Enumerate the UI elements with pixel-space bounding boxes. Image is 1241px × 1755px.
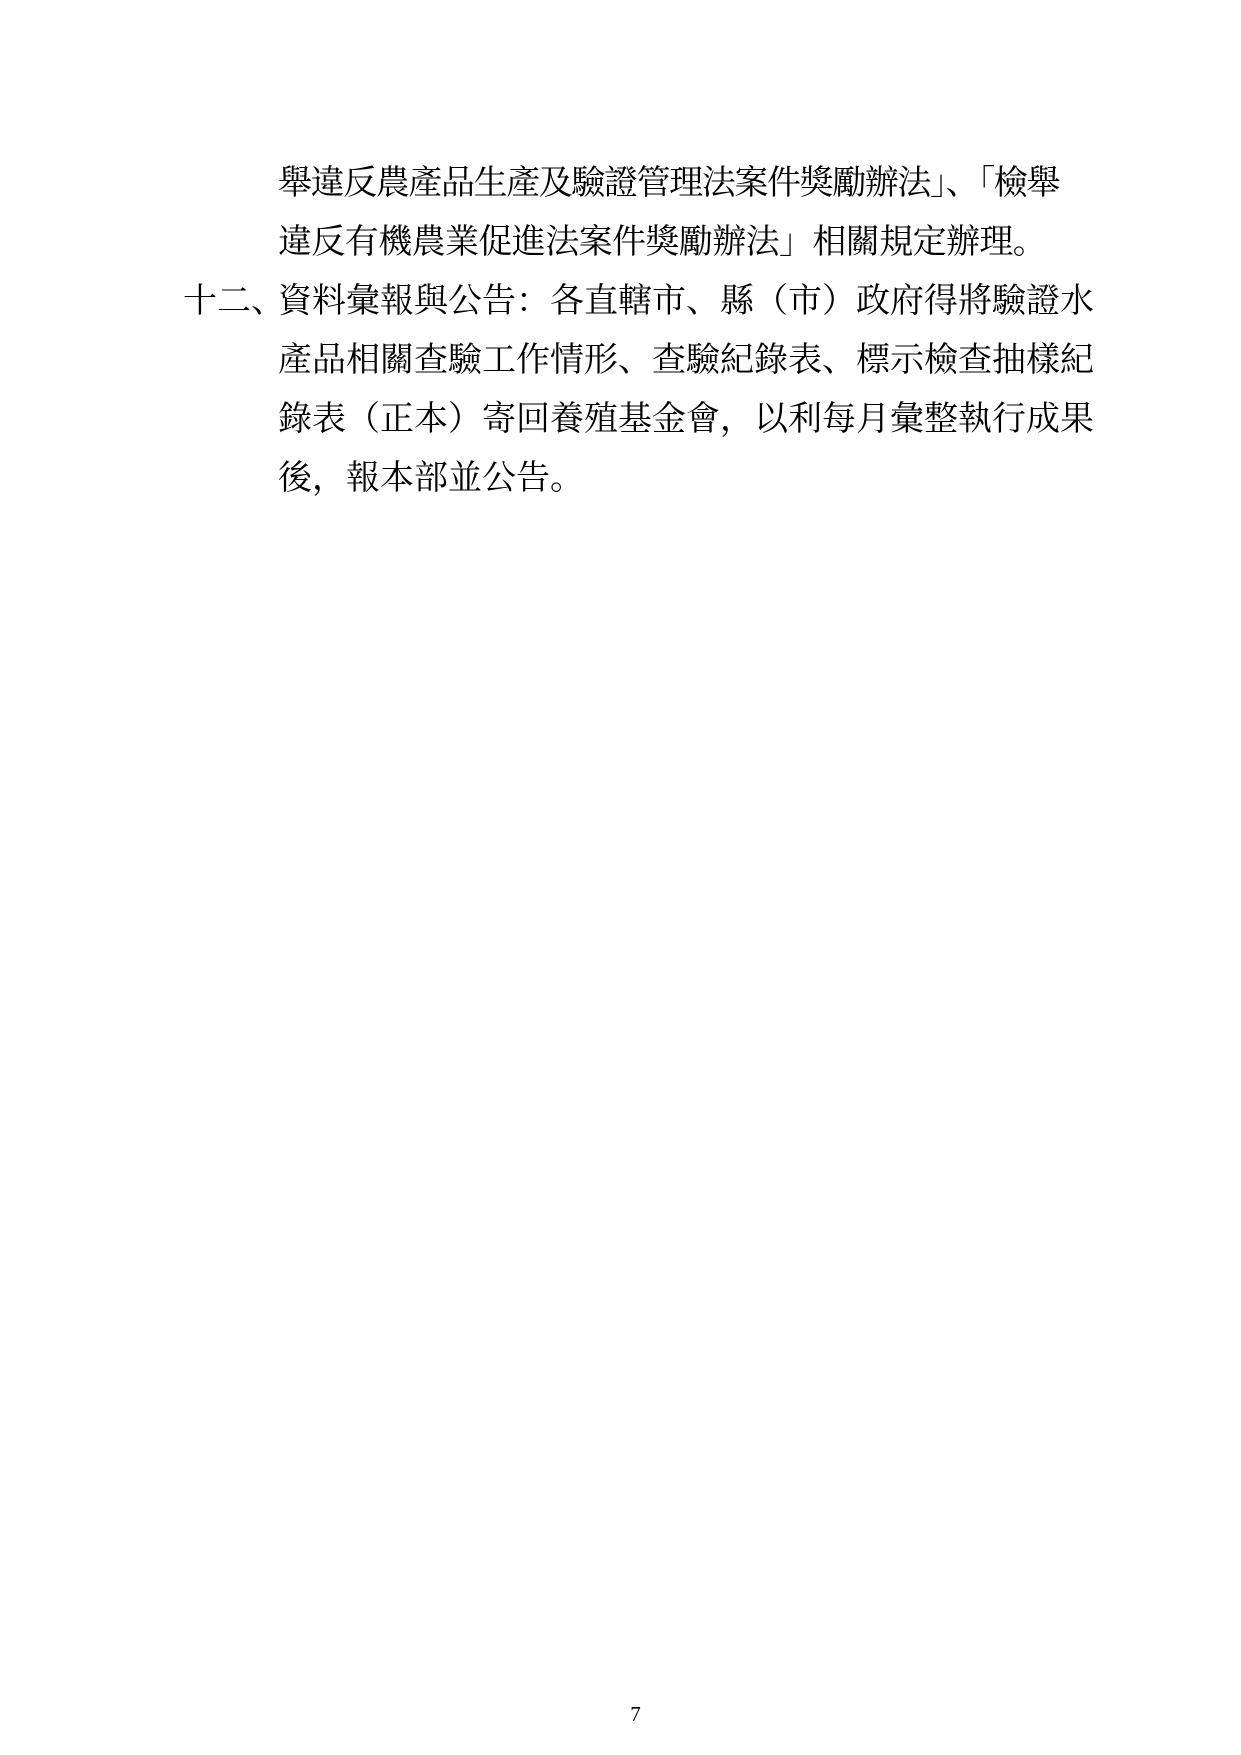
paragraph-item12-line2: 產品相關查驗工作情形、查驗紀錄表、標示檢查抽樣紀 [278, 341, 1094, 381]
paragraph-item12-line3: 錄表（正本）寄回養殖基金會，以利每月彙整執行成果 [278, 400, 1094, 440]
page-number: 7 [0, 1701, 1241, 1727]
list-item-label-twelve: 十二、 [183, 282, 285, 322]
paragraph-item11-line1: 舉違反農產品生產及驗證管理法案件獎勵辦法」、「檢舉 [278, 164, 1059, 204]
paragraph-item12-line1: 資料彙報與公告：各直轄市、縣（市）政府得將驗證水 [278, 282, 1094, 322]
paragraph-item12-line4: 後，報本部並公告。 [278, 459, 584, 499]
paragraph-item11-line2: 違反有機農業促進法案件獎勵辦法」相關規定辦理。 [278, 223, 1046, 263]
document-page: 舉違反農產品生產及驗證管理法案件獎勵辦法」、「檢舉 違反有機農業促進法案件獎勵辦… [0, 0, 1241, 1755]
